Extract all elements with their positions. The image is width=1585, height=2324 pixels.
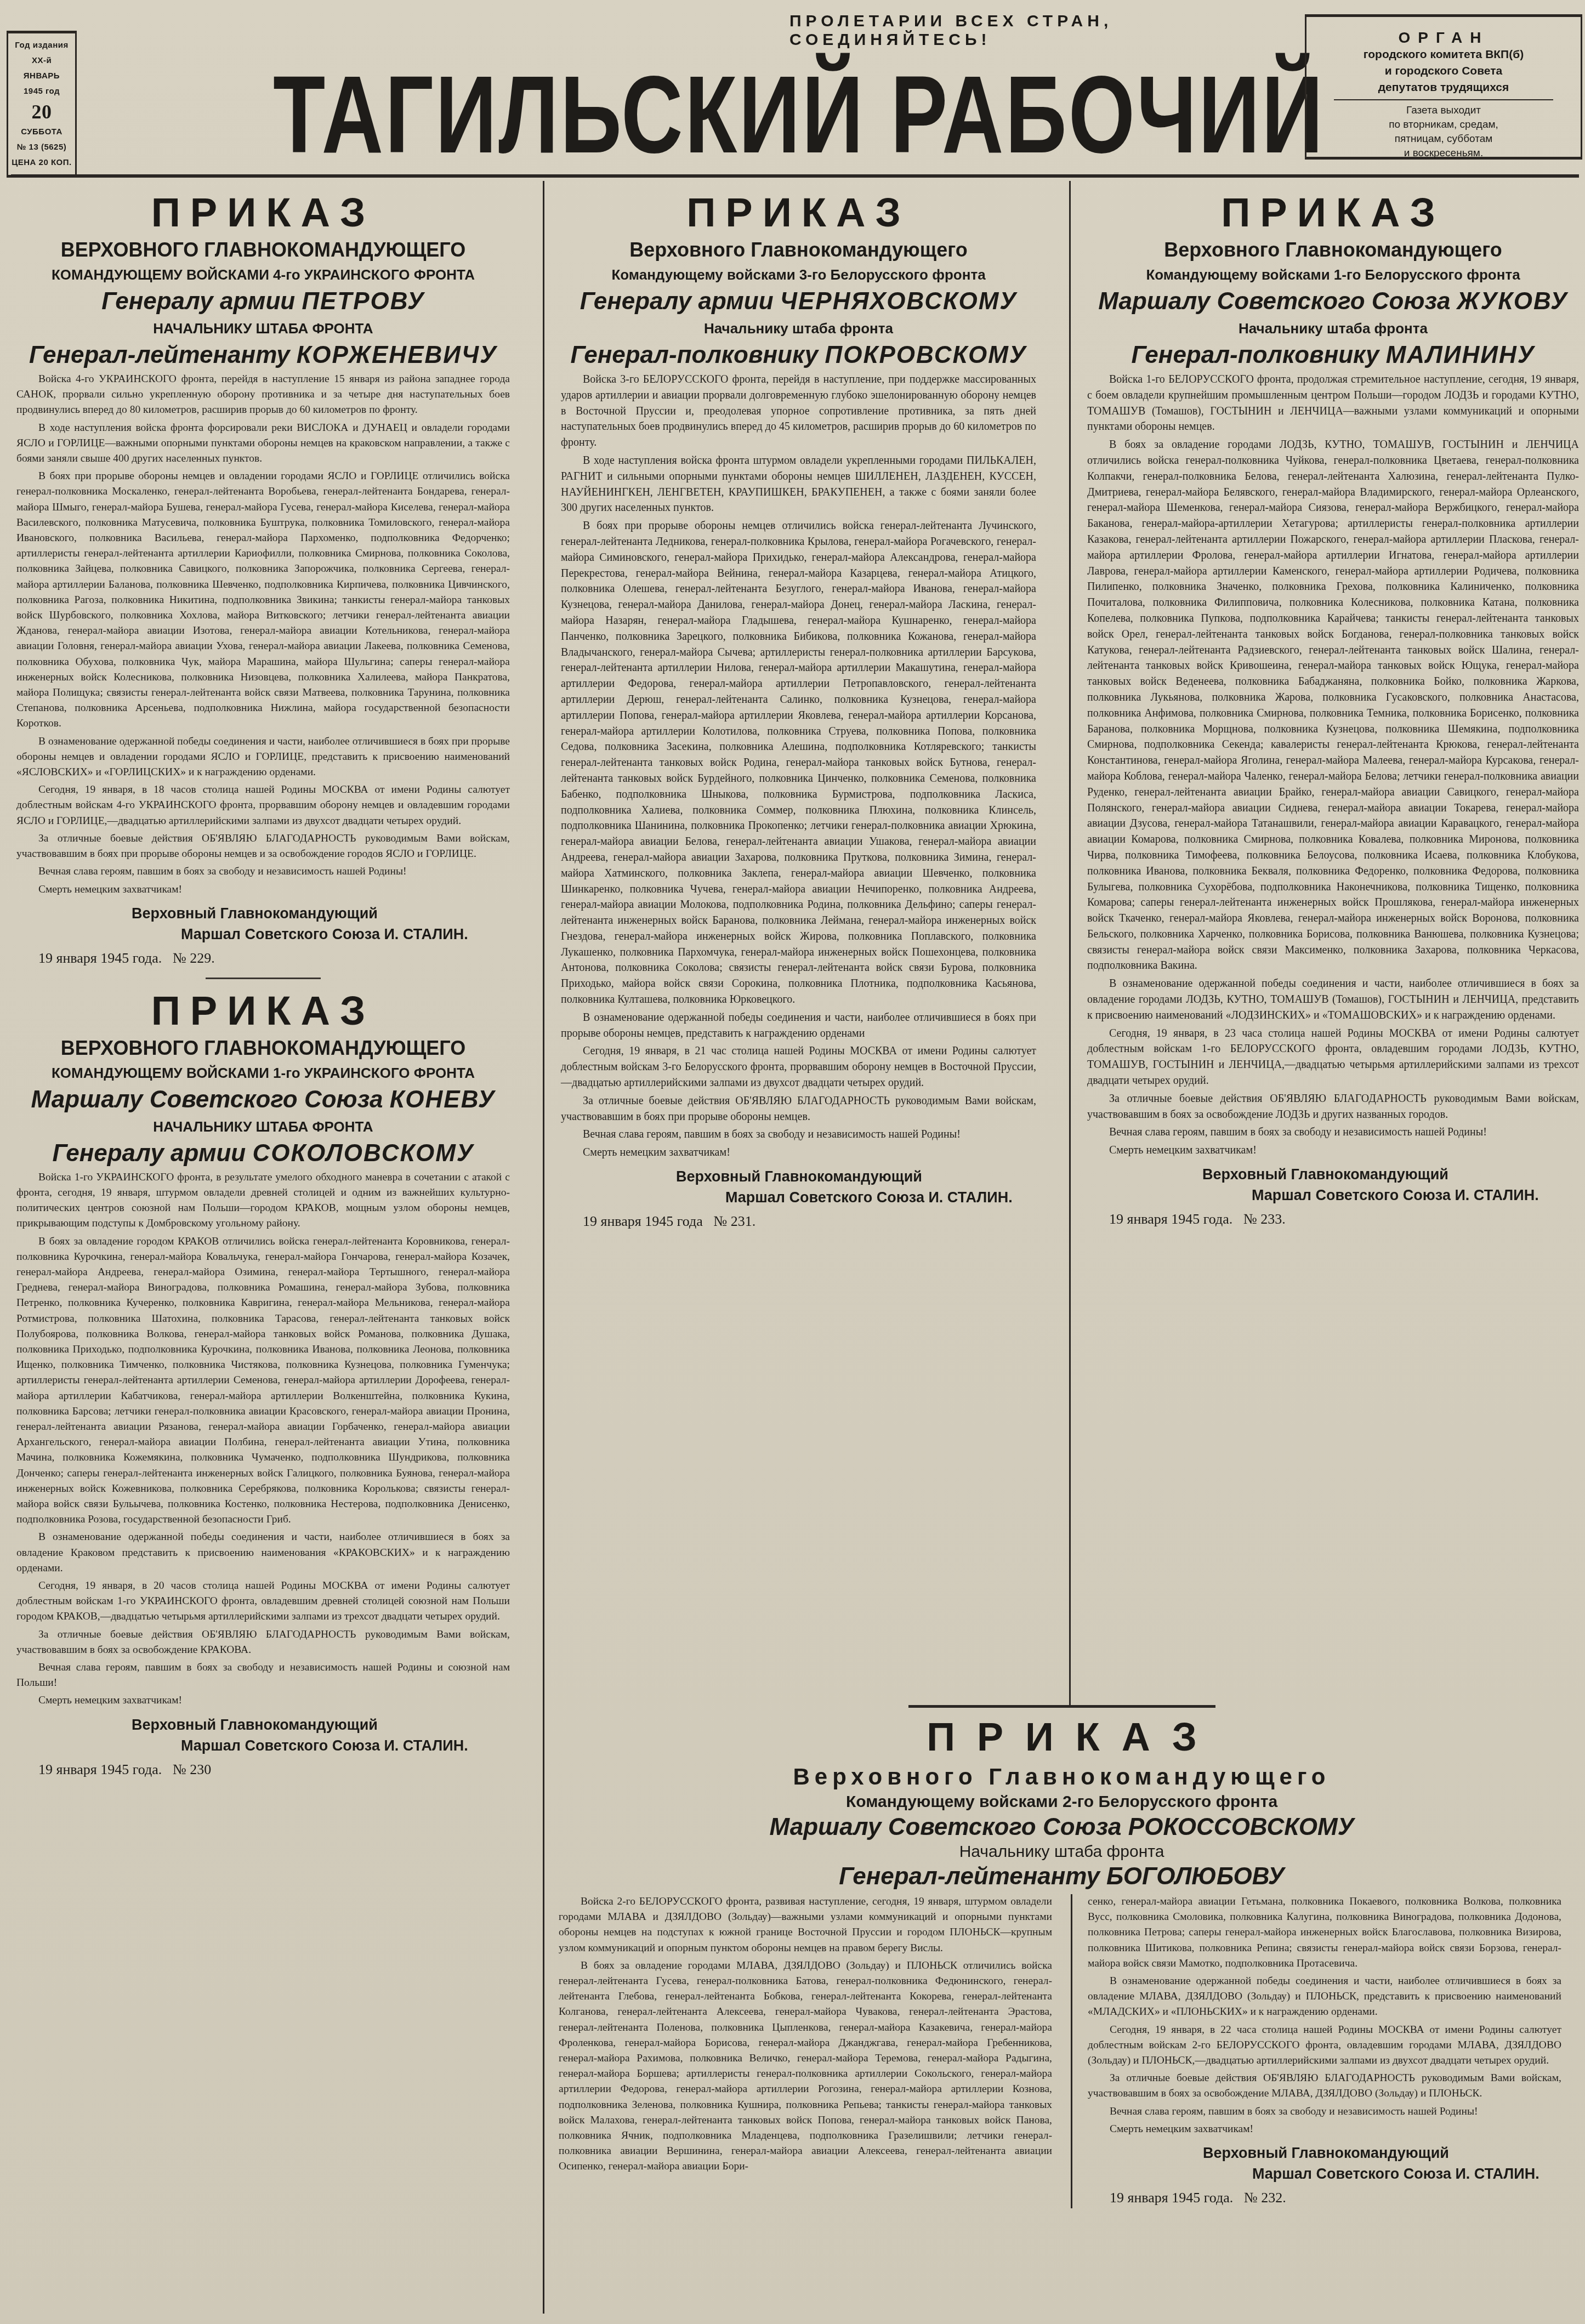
paragraph: Войска 3-го БЕЛОРУССКОГО фронта, перейдя…	[561, 372, 1036, 451]
schedule-line-3: пятницам, субботам	[1306, 132, 1581, 146]
order-232-signature: Верховный Главнокомандующий Маршал Совет…	[1088, 2143, 1561, 2208]
paragraph: В боях при прорыве обороны немцев и овла…	[16, 469, 510, 731]
order-issuer: Верховного Главнокомандующего	[544, 1763, 1579, 1791]
order-date: 19 января 1945 года.	[38, 950, 162, 966]
newspaper-title: ТАГИЛЬСКИЙ РАБОЧИЙ	[273, 60, 1325, 170]
commander-line: Генералу армии ЧЕРНЯХОВСКОМУ	[561, 287, 1036, 316]
chief-of-staff-label: НАЧАЛЬНИКУ ШТАБА ФРОНТА	[16, 1117, 510, 1136]
signature-name: Маршал Советского Союза И. СТАЛИН.	[16, 1735, 510, 1756]
order-232-block: ПРИКАЗ Верховного Главнокомандующего Ком…	[543, 1705, 1579, 2314]
order-date: 19 января 1945 года	[583, 1213, 703, 1229]
order-date-number: 19 января 1945 года. № 232.	[1088, 2187, 1561, 2208]
commander-rank: Маршалу Советского Союза	[1098, 288, 1450, 315]
paragraph: Вечная слава героям, павшим в боях за св…	[16, 864, 510, 879]
signature-title: Верховный Главнокомандующий	[561, 1166, 1036, 1187]
divider	[1334, 99, 1553, 100]
commander-name: ЧЕРНЯХОВСКОМУ	[780, 288, 1017, 315]
chief-rank: Генерал-полковнику	[1132, 342, 1379, 368]
order-230-header: ПРИКАЗ ВЕРХОВНОГО ГЛАВНОКОМАНДУЮЩЕГО КОМ…	[16, 989, 510, 1168]
publisher-line-2: и городского Совета	[1306, 63, 1581, 79]
issue-month: ЯНВАРЬ	[8, 69, 75, 84]
order-recipient-front: Командующему войсками 3-го Белорусского …	[561, 265, 1036, 284]
paragraph: Сегодня, 19 января, в 20 часов столица н…	[16, 1578, 510, 1625]
paragraph: Сегодня, 19 января, в 18 часов столица н…	[16, 782, 510, 829]
order-issuer: Верховного Главнокомандующего	[1087, 238, 1579, 262]
order-heading: ПРИКАЗ	[16, 989, 510, 1033]
order-231-header: ПРИКАЗ Верховного Главнокомандующего Ком…	[561, 191, 1036, 370]
order-recipient-front: КОМАНДУЮЩЕМУ ВОЙСКАМИ 1-го УКРАИНСКОГО Ф…	[16, 1064, 510, 1082]
order-date: 19 января 1945 года.	[1110, 2190, 1233, 2206]
commander-rank: Генералу армии	[101, 288, 295, 315]
order-229-signature: Верховный Главнокомандующий Маршал Совет…	[16, 903, 510, 969]
paragraph: В боях при прорыве обороны немцев отличи…	[561, 518, 1036, 1008]
divider	[206, 978, 321, 979]
order-233-signature: Верховный Главнокомандующий Маршал Совет…	[1087, 1164, 1579, 1230]
paragraph: В боях за овладение городами ЛОДЗЬ, КУТН…	[1087, 437, 1579, 974]
paragraph: За отличные боевые действия ОБ'ЯВЛЯЮ БЛА…	[1087, 1091, 1579, 1123]
paragraph: Войска 1-го БЕЛОРУССКОГО фронта, продолж…	[1087, 372, 1579, 435]
issue-number: № 13 (5625)	[8, 140, 75, 155]
chief-line: Генерал-полковнику ПОКРОВСКОМУ	[561, 341, 1036, 370]
signature-name: Маршал Советского Союза И. СТАЛИН.	[1088, 2163, 1561, 2184]
order-heading: ПРИКАЗ	[544, 1715, 1579, 1759]
chief-of-staff-label: Начальнику штаба фронта	[544, 1842, 1579, 1862]
order-229-body: Войска 4-го УКРАИНСКОГО фронта, перейдя …	[16, 372, 510, 897]
order-232-body-left: Войска 2-го БЕЛОРУССКОГО фронта, развива…	[559, 1894, 1052, 2177]
order-date-number: 19 января 1945 года № 231.	[561, 1211, 1036, 1232]
commander-rank: Генералу армии	[580, 288, 774, 315]
order-heading: ПРИКАЗ	[16, 191, 510, 235]
paragraph: В ознаменование одержанной победы соедин…	[16, 1530, 510, 1576]
order-233-body: Войска 1-го БЕЛОРУССКОГО фронта, продолж…	[1087, 372, 1579, 1158]
order-231-signature: Верховный Главнокомандующий Маршал Совет…	[561, 1166, 1036, 1232]
paragraph: За отличные боевые действия ОБ'ЯВЛЯЮ БЛА…	[16, 1627, 510, 1658]
signature-title: Верховный Главнокомандующий	[16, 1714, 510, 1735]
commander-name: ЖУКОВУ	[1457, 288, 1568, 315]
commander-line: Маршалу Советского Союза КОНЕВУ	[16, 1086, 510, 1114]
order-232-header: ПРИКАЗ Верховного Главнокомандующего Ком…	[544, 1705, 1579, 1891]
paragraph: В ходе наступления войска фронта штурмом…	[561, 453, 1036, 516]
paragraph: Вечная слава героям, павшим в боях за св…	[1087, 1124, 1579, 1140]
paragraph: Вечная слава героям, павшим в боях за св…	[561, 1127, 1036, 1143]
chief-line: Генерал-полковнику МАЛИНИНУ	[1087, 341, 1579, 370]
paragraph: В ознаменование одержанной победы соедин…	[1088, 1974, 1561, 2020]
column-right: ПРИКАЗ Верховного Главнокомандующего Ком…	[1069, 181, 1579, 1705]
paragraph: Сегодня, 19 января, в 22 часа столица на…	[1088, 2022, 1561, 2069]
order-number: № 229.	[173, 950, 215, 966]
order-232-body-right-text: сенко, генерал-майора авиации Гетьмана, …	[1088, 1894, 1561, 2137]
chief-of-staff-label: НАЧАЛЬНИКУ ШТАБА ФРОНТА	[16, 319, 510, 338]
chief-name: БОГОЛЮБОВУ	[1106, 1863, 1285, 1890]
chief-name: КОРЖЕНЕВИЧУ	[297, 342, 497, 368]
organ-label: ОРГАН	[1306, 29, 1581, 47]
issue-day: 20	[8, 99, 75, 124]
chief-name: ПОКРОВСКОМУ	[825, 342, 1027, 368]
chief-rank: Генерал-лейтенанту	[839, 1863, 1100, 1890]
schedule-line-1: Газета выходит	[1306, 104, 1581, 118]
paragraph: Смерть немецким захватчикам!	[1087, 1143, 1579, 1158]
commander-name: ПЕТРОВУ	[302, 288, 424, 315]
chief-line: Генералу армии СОКОЛОВСКОМУ	[16, 1139, 510, 1168]
paragraph: Смерть немецким захватчикам!	[16, 882, 510, 897]
chief-name: МАЛИНИНУ	[1386, 342, 1535, 368]
chief-rank: Генерал-лейтенанту	[29, 342, 290, 368]
order-233-header: ПРИКАЗ Верховного Главнокомандующего Ком…	[1087, 191, 1579, 370]
signature-title: Верховный Главнокомандующий	[1087, 1164, 1579, 1185]
paragraph: Смерть немецким захватчикам!	[16, 1693, 510, 1708]
paragraph: В ознаменование одержанной победы соедин…	[16, 734, 510, 781]
signature-name: Маршал Советского Союза И. СТАЛИН.	[561, 1187, 1036, 1208]
order-date-number: 19 января 1945 года. № 233.	[1087, 1209, 1579, 1230]
issue-year: 1945 год	[8, 84, 75, 99]
order-date: 19 января 1945 года.	[38, 1762, 162, 1777]
column-left: ПРИКАЗ ВЕРХОВНОГО ГЛАВНОКОМАНДУЮЩЕГО КОМ…	[16, 181, 510, 2314]
order-date-number: 19 января 1945 года. № 229.	[16, 948, 510, 969]
order-heading: ПРИКАЗ	[561, 191, 1036, 235]
chief-line: Генерал-лейтенанту БОГОЛЮБОВУ	[544, 1862, 1579, 1891]
order-number: № 233.	[1243, 1211, 1286, 1227]
signature-title: Верховный Главнокомандующий	[1088, 2143, 1561, 2163]
commander-rank: Маршалу Советского Союза	[770, 1814, 1122, 1840]
column-middle: ПРИКАЗ Верховного Главнокомандующего Ком…	[543, 181, 1036, 1705]
paragraph: В ознаменование одержанной победы соедин…	[1087, 976, 1579, 1023]
divider	[908, 1705, 1215, 1708]
masthead: Год издания XX-й ЯНВАРЬ 1945 год 20 СУББ…	[0, 0, 1585, 181]
chief-line: Генерал-лейтенанту КОРЖЕНЕВИЧУ	[16, 341, 510, 370]
commander-rank: Маршалу Советского Союза	[31, 1086, 383, 1113]
paragraph: В ознаменование одержанной победы соедин…	[561, 1010, 1036, 1042]
publisher-line-3: депутатов трудящихся	[1306, 79, 1581, 96]
commander-name: КОНЕВУ	[390, 1086, 496, 1113]
order-number: № 232.	[1244, 2190, 1286, 2206]
paragraph: За отличные боевые действия ОБ'ЯВЛЯЮ БЛА…	[1088, 2071, 1561, 2101]
order-issuer: Верховного Главнокомандующего	[561, 238, 1036, 262]
order-date-number: 19 января 1945 года. № 230	[16, 1759, 510, 1780]
paragraph: Смерть немецким захватчикам!	[561, 1145, 1036, 1161]
chief-of-staff-label: Начальнику штаба фронта	[561, 319, 1036, 338]
order-recipient-front: Командующему войсками 2-го Белорусского …	[544, 1791, 1579, 1813]
paragraph: В боях за овладение городами МЛАВА, ДЗЯЛ…	[559, 1958, 1052, 2175]
order-232-body-right: сенко, генерал-майора авиации Гетьмана, …	[1071, 1894, 1561, 2208]
paragraph: В боях за овладение городом КРАКОВ отлич…	[16, 1234, 510, 1528]
chief-rank: Генерал-полковнику	[570, 342, 818, 368]
paragraph: В ходе наступления войска фронта форсиро…	[16, 421, 510, 467]
order-issuer: ВЕРХОВНОГО ГЛАВНОКОМАНДУЮЩЕГО	[16, 238, 510, 262]
year-of-issue: Год издания XX-й	[8, 38, 75, 69]
order-231-body: Войска 3-го БЕЛОРУССКОГО фронта, перейдя…	[561, 372, 1036, 1161]
paragraph: Войска 4-го УКРАИНСКОГО фронта, перейдя …	[16, 372, 510, 418]
paragraph: За отличные боевые действия ОБ'ЯВЛЯЮ БЛА…	[16, 831, 510, 862]
signature-name: Маршал Советского Союза И. СТАЛИН.	[16, 924, 510, 945]
paragraph: Вечная слава героям, павшим в боях за св…	[16, 1660, 510, 1691]
schedule-line-4: и воскресеньям.	[1306, 146, 1581, 161]
order-recipient-front: Командующему войсками 1-го Белорусского …	[1087, 265, 1579, 284]
commander-line: Генералу армии ПЕТРОВУ	[16, 287, 510, 316]
commander-line: Маршалу Советского Союза РОКОССОВСКОМУ	[544, 1813, 1579, 1842]
order-230-signature: Верховный Главнокомандующий Маршал Совет…	[16, 1714, 510, 1780]
slogan: ПРОЛЕТАРИИ ВСЕХ СТРАН, СОЕДИНЯЙТЕСЬ!	[789, 12, 1283, 49]
issue-info-box: Год издания XX-й ЯНВАРЬ 1945 год 20 СУББ…	[7, 31, 77, 178]
masthead-rule	[11, 174, 1579, 178]
order-230-body: Войска 1-го УКРАИНСКОГО фронта, в резуль…	[16, 1170, 510, 1709]
order-number: № 231.	[713, 1213, 755, 1229]
issue-price: ЦЕНА 20 КОП.	[8, 155, 75, 171]
publisher-info-box: ОРГАН городского комитета ВКП(б) и город…	[1305, 14, 1582, 160]
paragraph: За отличные боевые действия ОБ'ЯВЛЯЮ БЛА…	[561, 1093, 1036, 1125]
paragraph: Сегодня, 19 января, в 23 часа столица на…	[1087, 1026, 1579, 1089]
chief-name: СОКОЛОВСКОМУ	[252, 1140, 474, 1167]
paragraph: сенко, генерал-майора авиации Гетьмана, …	[1088, 1894, 1561, 1971]
chief-rank: Генералу армии	[52, 1140, 246, 1167]
issue-weekday: СУББОТА	[8, 124, 75, 140]
paragraph: Вечная слава героям, павшим в боях за св…	[1088, 2104, 1561, 2120]
order-229-header: ПРИКАЗ ВЕРХОВНОГО ГЛАВНОКОМАНДУЮЩЕГО КОМ…	[16, 191, 510, 370]
signature-name: Маршал Советского Союза И. СТАЛИН.	[1087, 1185, 1579, 1206]
order-heading: ПРИКАЗ	[1087, 191, 1579, 235]
paragraph: Сегодня, 19 января, в 21 час столица наш…	[561, 1043, 1036, 1090]
order-number: № 230	[173, 1762, 211, 1777]
paragraph: Смерть немецким захватчикам!	[1088, 2122, 1561, 2137]
order-date: 19 января 1945 года.	[1109, 1211, 1232, 1227]
paragraph: Войска 1-го УКРАИНСКОГО фронта, в резуль…	[16, 1170, 510, 1232]
schedule-line-2: по вторникам, средам,	[1306, 118, 1581, 132]
commander-name: РОКОССОВСКОМУ	[1128, 1814, 1354, 1840]
signature-title: Верховный Главнокомандующий	[16, 903, 510, 924]
chief-of-staff-label: Начальнику штаба фронта	[1087, 319, 1579, 338]
newspaper-page: Год издания XX-й ЯНВАРЬ 1945 год 20 СУББ…	[0, 0, 1585, 2324]
publisher-line-1: городского комитета ВКП(б)	[1306, 47, 1581, 63]
order-recipient-front: КОМАНДУЮЩЕМУ ВОЙСКАМИ 4-го УКРАИНСКОГО Ф…	[16, 265, 510, 284]
order-issuer: ВЕРХОВНОГО ГЛАВНОКОМАНДУЮЩЕГО	[16, 1036, 510, 1060]
commander-line: Маршалу Советского Союза ЖУКОВУ	[1087, 287, 1579, 316]
paragraph: Войска 2-го БЕЛОРУССКОГО фронта, развива…	[559, 1894, 1052, 1956]
